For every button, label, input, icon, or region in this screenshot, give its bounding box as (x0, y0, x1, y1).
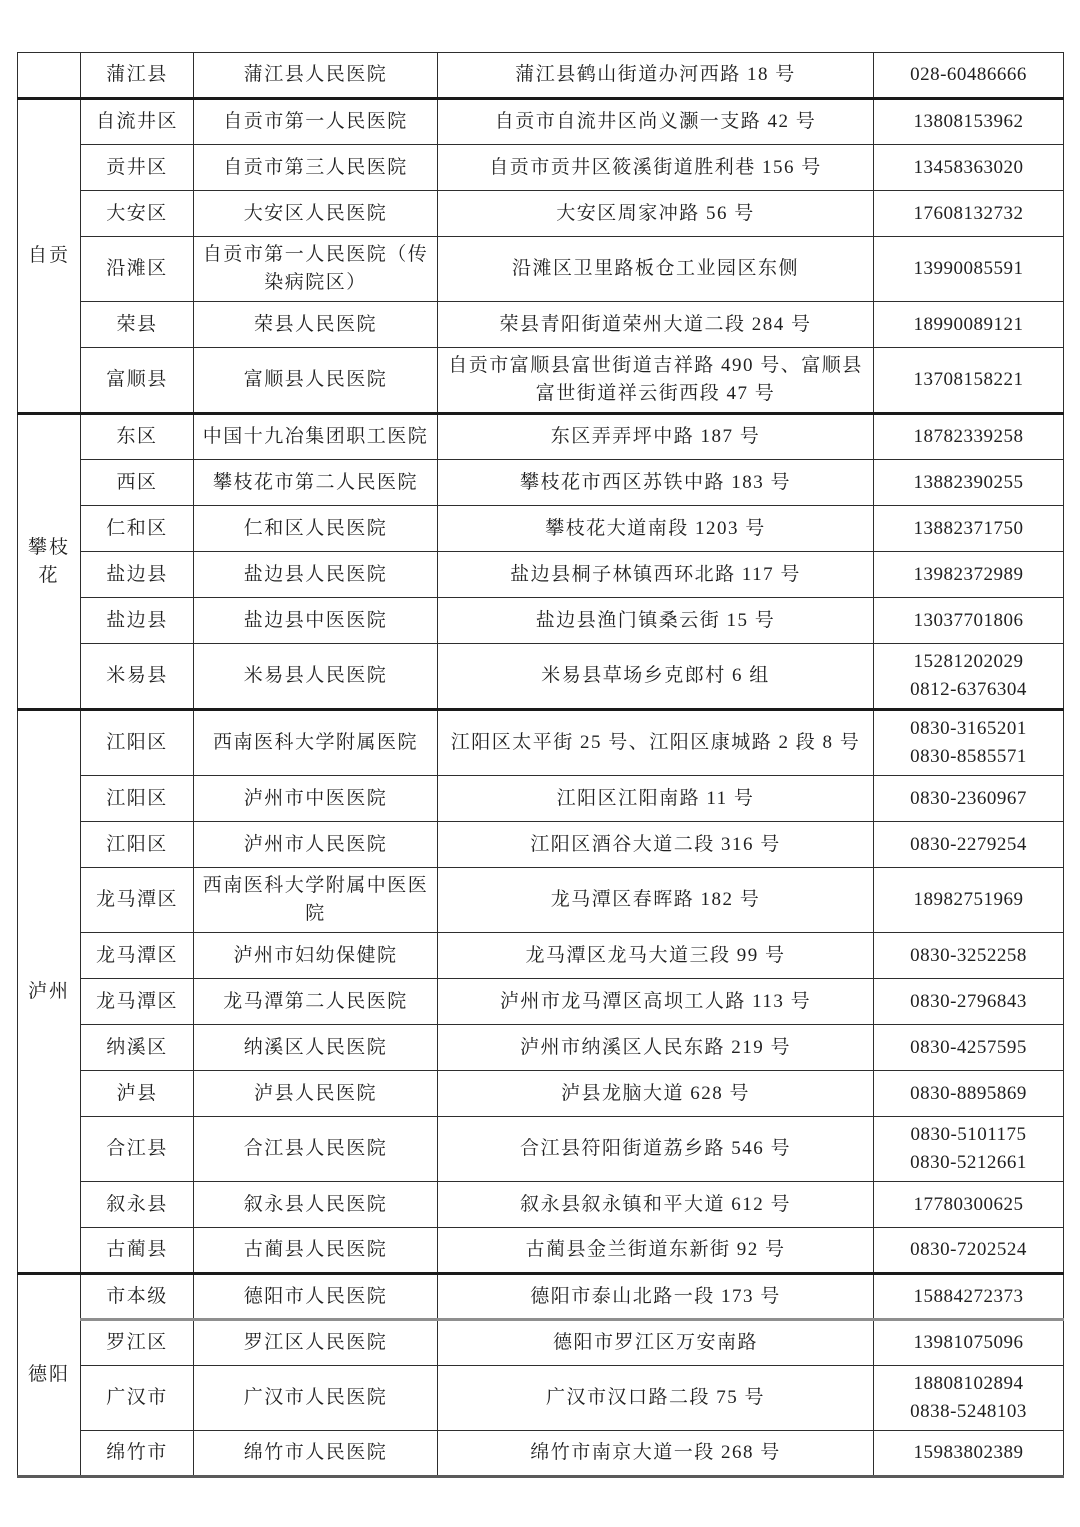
district-cell: 东区 (81, 414, 194, 460)
address-cell: 德阳市罗江区万安南路 (438, 1320, 874, 1366)
table-row: 江阳区泸州市中医医院江阳区江阳南路 11 号0830-2360967 (18, 776, 1064, 822)
phone-cell: 0830-8895869 (874, 1071, 1064, 1117)
address-cell: 泸县龙脑大道 628 号 (438, 1071, 874, 1117)
phone-cell: 13981075096 (874, 1320, 1064, 1366)
hospital-cell: 自贡市第一人民医院 (194, 99, 438, 145)
address-cell: 大安区周家冲路 56 号 (438, 191, 874, 237)
phone-cell: 17608132732 (874, 191, 1064, 237)
address-cell: 沿滩区卫里路板仓工业园区东侧 (438, 237, 874, 302)
table-row: 贡井区自贡市第三人民医院自贡市贡井区筱溪街道胜利巷 156 号134583630… (18, 145, 1064, 191)
city-cell: 泸州 (18, 710, 81, 1274)
document-page: 蒲江县蒲江县人民医院蒲江县鹤山街道办河西路 18 号028-60486666自贡… (0, 0, 1080, 1527)
table-row: 龙马潭区泸州市妇幼保健院龙马潭区龙马大道三段 99 号0830-3252258 (18, 933, 1064, 979)
address-cell: 东区弄弄坪中路 187 号 (438, 414, 874, 460)
phone-cell: 13708158221 (874, 348, 1064, 414)
table-row: 叙永县叙永县人民医院叙永县叙永镇和平大道 612 号17780300625 (18, 1182, 1064, 1228)
address-cell: 蒲江县鹤山街道办河西路 18 号 (438, 53, 874, 99)
city-cell: 攀枝花 (18, 414, 81, 710)
district-cell: 江阳区 (81, 710, 194, 776)
district-cell: 江阳区 (81, 822, 194, 868)
hospital-cell: 大安区人民医院 (194, 191, 438, 237)
district-cell: 龙马潭区 (81, 868, 194, 933)
district-cell: 沿滩区 (81, 237, 194, 302)
hospital-cell: 德阳市人民医院 (194, 1274, 438, 1320)
address-cell: 龙马潭区龙马大道三段 99 号 (438, 933, 874, 979)
phone-cell: 18982751969 (874, 868, 1064, 933)
phone-cell: 13982372989 (874, 552, 1064, 598)
hospital-cell: 龙马潭第二人民医院 (194, 979, 438, 1025)
phone-cell: 13458363020 (874, 145, 1064, 191)
district-cell: 合江县 (81, 1117, 194, 1182)
table-row: 古蔺县古蔺县人民医院古蔺县金兰街道东新街 92 号0830-7202524 (18, 1228, 1064, 1274)
address-cell: 自贡市自流井区尚义灏一支路 42 号 (438, 99, 874, 145)
hospital-cell: 泸州市中医医院 (194, 776, 438, 822)
phone-cell: 0830-7202524 (874, 1228, 1064, 1274)
phone-cell: 0830-2360967 (874, 776, 1064, 822)
table-row: 泸县泸县人民医院泸县龙脑大道 628 号0830-8895869 (18, 1071, 1064, 1117)
district-cell: 古蔺县 (81, 1228, 194, 1274)
table-row: 仁和区仁和区人民医院攀枝花大道南段 1203 号13882371750 (18, 506, 1064, 552)
hospital-cell: 富顺县人民医院 (194, 348, 438, 414)
phone-cell: 13882390255 (874, 460, 1064, 506)
phone-cell: 13037701806 (874, 598, 1064, 644)
table-row: 攀枝花东区中国十九冶集团职工医院东区弄弄坪中路 187 号18782339258 (18, 414, 1064, 460)
address-cell: 自贡市贡井区筱溪街道胜利巷 156 号 (438, 145, 874, 191)
hospital-cell: 自贡市第三人民医院 (194, 145, 438, 191)
hospital-cell: 米易县人民医院 (194, 644, 438, 710)
table-row: 德阳市本级德阳市人民医院德阳市泰山北路一段 173 号15884272373 (18, 1274, 1064, 1320)
hospital-cell: 纳溪区人民医院 (194, 1025, 438, 1071)
phone-cell: 0830-3252258 (874, 933, 1064, 979)
hospital-cell: 泸州市人民医院 (194, 822, 438, 868)
table-row: 纳溪区纳溪区人民医院泸州市纳溪区人民东路 219 号0830-4257595 (18, 1025, 1064, 1071)
hospital-cell: 盐边县人民医院 (194, 552, 438, 598)
table-row: 合江县合江县人民医院合江县符阳街道荔乡路 546 号0830-5101175 0… (18, 1117, 1064, 1182)
address-cell: 广汉市汉口路二段 75 号 (438, 1366, 874, 1431)
hospital-cell: 蒲江县人民医院 (194, 53, 438, 99)
table-row: 富顺县富顺县人民医院自贡市富顺县富世街道吉祥路 490 号、富顺县富世街道祥云街… (18, 348, 1064, 414)
district-cell: 富顺县 (81, 348, 194, 414)
district-cell: 米易县 (81, 644, 194, 710)
district-cell: 绵竹市 (81, 1431, 194, 1477)
hospital-cell: 罗江区人民医院 (194, 1320, 438, 1366)
phone-cell: 15983802389 (874, 1431, 1064, 1477)
district-cell: 泸县 (81, 1071, 194, 1117)
table-row: 大安区大安区人民医院大安区周家冲路 56 号17608132732 (18, 191, 1064, 237)
district-cell: 市本级 (81, 1274, 194, 1320)
hospital-cell: 广汉市人民医院 (194, 1366, 438, 1431)
table-row: 江阳区泸州市人民医院江阳区酒谷大道二段 316 号0830-2279254 (18, 822, 1064, 868)
address-cell: 盐边县桐子林镇西环北路 117 号 (438, 552, 874, 598)
district-cell: 叙永县 (81, 1182, 194, 1228)
phone-cell: 15281202029 0812-6376304 (874, 644, 1064, 710)
hospital-cell: 中国十九冶集团职工医院 (194, 414, 438, 460)
address-cell: 荣县青阳街道荣州大道二段 284 号 (438, 302, 874, 348)
table-row: 龙马潭区西南医科大学附属中医医院龙马潭区春晖路 182 号18982751969 (18, 868, 1064, 933)
table-row: 盐边县盐边县人民医院盐边县桐子林镇西环北路 117 号13982372989 (18, 552, 1064, 598)
district-cell: 自流井区 (81, 99, 194, 145)
city-cell: 自贡 (18, 99, 81, 414)
district-cell: 蒲江县 (81, 53, 194, 99)
district-cell: 罗江区 (81, 1320, 194, 1366)
address-cell: 龙马潭区春晖路 182 号 (438, 868, 874, 933)
district-cell: 贡井区 (81, 145, 194, 191)
hospital-table-body: 蒲江县蒲江县人民医院蒲江县鹤山街道办河西路 18 号028-60486666自贡… (18, 53, 1064, 1477)
hospital-cell: 合江县人民医院 (194, 1117, 438, 1182)
city-cell (18, 53, 81, 99)
district-cell: 龙马潭区 (81, 933, 194, 979)
phone-cell: 13808153962 (874, 99, 1064, 145)
district-cell: 广汉市 (81, 1366, 194, 1431)
hospital-cell: 荣县人民医院 (194, 302, 438, 348)
address-cell: 米易县草场乡克郎村 6 组 (438, 644, 874, 710)
phone-cell: 0830-3165201 0830-8585571 (874, 710, 1064, 776)
phone-cell: 18990089121 (874, 302, 1064, 348)
address-cell: 自贡市富顺县富世街道吉祥路 490 号、富顺县富世街道祥云街西段 47 号 (438, 348, 874, 414)
hospital-cell: 盐边县中医医院 (194, 598, 438, 644)
district-cell: 盐边县 (81, 552, 194, 598)
district-cell: 仁和区 (81, 506, 194, 552)
table-row: 蒲江县蒲江县人民医院蒲江县鹤山街道办河西路 18 号028-60486666 (18, 53, 1064, 99)
hospital-cell: 仁和区人民医院 (194, 506, 438, 552)
address-cell: 攀枝花大道南段 1203 号 (438, 506, 874, 552)
phone-cell: 18782339258 (874, 414, 1064, 460)
address-cell: 盐边县渔门镇桑云街 15 号 (438, 598, 874, 644)
hospital-cell: 西南医科大学附属中医医院 (194, 868, 438, 933)
hospital-cell: 绵竹市人民医院 (194, 1431, 438, 1477)
hospital-cell: 叙永县人民医院 (194, 1182, 438, 1228)
table-row: 泸州江阳区西南医科大学附属医院江阳区太平街 25 号、江阳区康城路 2 段 8 … (18, 710, 1064, 776)
address-cell: 德阳市泰山北路一段 173 号 (438, 1274, 874, 1320)
address-cell: 江阳区太平街 25 号、江阳区康城路 2 段 8 号 (438, 710, 874, 776)
district-cell: 大安区 (81, 191, 194, 237)
phone-cell: 0830-5101175 0830-5212661 (874, 1117, 1064, 1182)
table-row: 龙马潭区龙马潭第二人民医院泸州市龙马潭区高坝工人路 113 号0830-2796… (18, 979, 1064, 1025)
district-cell: 荣县 (81, 302, 194, 348)
address-cell: 攀枝花市西区苏铁中路 183 号 (438, 460, 874, 506)
phone-cell: 18808102894 0838-5248103 (874, 1366, 1064, 1431)
hospital-cell: 攀枝花市第二人民医院 (194, 460, 438, 506)
table-row: 沿滩区自贡市第一人民医院（传染病院区）沿滩区卫里路板仓工业园区东侧1399008… (18, 237, 1064, 302)
hospital-cell: 西南医科大学附属医院 (194, 710, 438, 776)
hospital-directory-table: 蒲江县蒲江县人民医院蒲江县鹤山街道办河西路 18 号028-60486666自贡… (17, 52, 1064, 1478)
phone-cell: 13882371750 (874, 506, 1064, 552)
address-cell: 合江县符阳街道荔乡路 546 号 (438, 1117, 874, 1182)
table-row: 荣县荣县人民医院荣县青阳街道荣州大道二段 284 号18990089121 (18, 302, 1064, 348)
address-cell: 绵竹市南京大道一段 268 号 (438, 1431, 874, 1477)
table-row: 绵竹市绵竹市人民医院绵竹市南京大道一段 268 号15983802389 (18, 1431, 1064, 1477)
hospital-cell: 古蔺县人民医院 (194, 1228, 438, 1274)
table-row: 米易县米易县人民医院米易县草场乡克郎村 6 组15281202029 0812-… (18, 644, 1064, 710)
district-cell: 龙马潭区 (81, 979, 194, 1025)
address-cell: 江阳区酒谷大道二段 316 号 (438, 822, 874, 868)
phone-cell: 15884272373 (874, 1274, 1064, 1320)
phone-cell: 0830-4257595 (874, 1025, 1064, 1071)
district-cell: 江阳区 (81, 776, 194, 822)
address-cell: 泸州市龙马潭区高坝工人路 113 号 (438, 979, 874, 1025)
table-row: 广汉市广汉市人民医院广汉市汉口路二段 75 号18808102894 0838-… (18, 1366, 1064, 1431)
address-cell: 泸州市纳溪区人民东路 219 号 (438, 1025, 874, 1071)
address-cell: 古蔺县金兰街道东新街 92 号 (438, 1228, 874, 1274)
district-cell: 西区 (81, 460, 194, 506)
phone-cell: 0830-2796843 (874, 979, 1064, 1025)
hospital-cell: 自贡市第一人民医院（传染病院区） (194, 237, 438, 302)
table-row: 西区攀枝花市第二人民医院攀枝花市西区苏铁中路 183 号13882390255 (18, 460, 1064, 506)
phone-cell: 13990085591 (874, 237, 1064, 302)
table-row: 盐边县盐边县中医医院盐边县渔门镇桑云街 15 号13037701806 (18, 598, 1064, 644)
hospital-cell: 泸县人民医院 (194, 1071, 438, 1117)
hospital-cell: 泸州市妇幼保健院 (194, 933, 438, 979)
district-cell: 盐边县 (81, 598, 194, 644)
phone-cell: 17780300625 (874, 1182, 1064, 1228)
phone-cell: 0830-2279254 (874, 822, 1064, 868)
address-cell: 江阳区江阳南路 11 号 (438, 776, 874, 822)
phone-cell: 028-60486666 (874, 53, 1064, 99)
district-cell: 纳溪区 (81, 1025, 194, 1071)
address-cell: 叙永县叙永镇和平大道 612 号 (438, 1182, 874, 1228)
table-row: 罗江区罗江区人民医院德阳市罗江区万安南路13981075096 (18, 1320, 1064, 1366)
table-row: 自贡自流井区自贡市第一人民医院自贡市自流井区尚义灏一支路 42 号1380815… (18, 99, 1064, 145)
city-cell: 德阳 (18, 1274, 81, 1477)
